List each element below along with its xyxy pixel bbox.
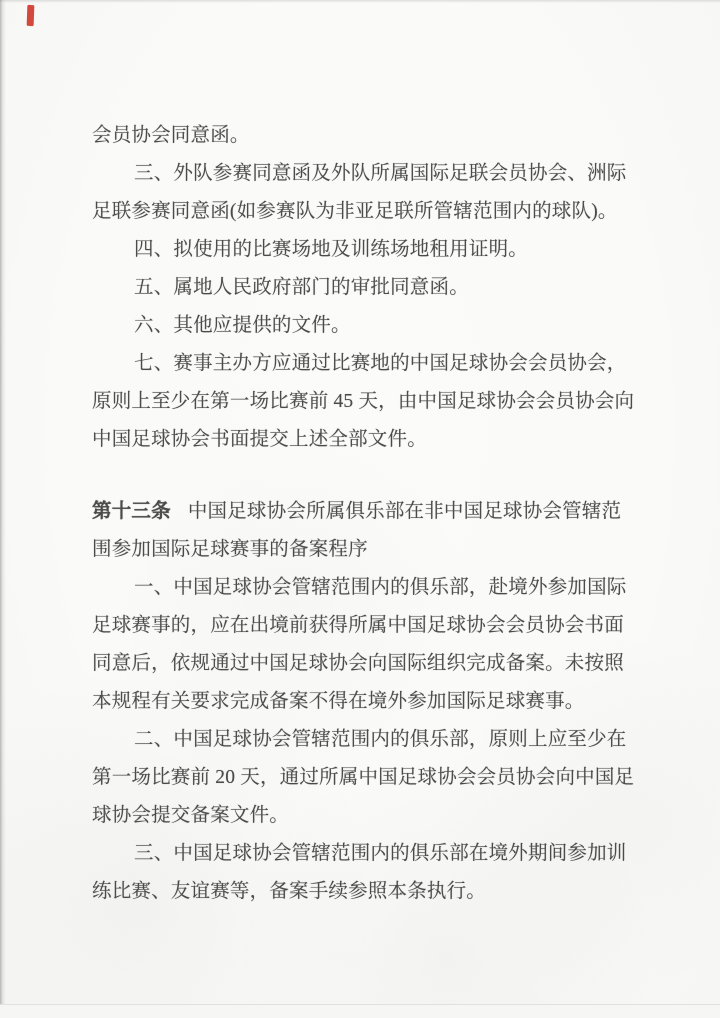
text-line: 练比赛、友谊赛等，备案手续参照本条执行。 — [92, 873, 637, 911]
text-line: 五、属地人民政府部门的审批同意函。 — [92, 269, 637, 307]
text-line: 三、外队参赛同意函及外队所属国际足联会员协会、洲际 — [92, 155, 637, 193]
red-pen-mark — [27, 5, 35, 26]
text-line: 第一场比赛前 20 天，通过所属中国足球协会会员协会向中国足 — [92, 759, 637, 797]
text-line: 中国足球协会书面提交上述全部文件。 — [92, 421, 637, 459]
text-line: 足联参赛同意函(如参赛队为非亚足联所管辖范围内的球队)。 — [92, 193, 637, 231]
article-heading-line: 第十三条中国足球协会所属俱乐部在非中国足球协会管辖范 — [92, 493, 637, 531]
text-line: 同意后，依规通过中国足球协会向国际组织完成备案。未按照 — [92, 645, 637, 683]
text-line: 球协会提交备案文件。 — [92, 797, 637, 835]
scanned-document-page: 会员协会同意函。三、外队参赛同意函及外队所属国际足联会员协会、洲际足联参赛同意函… — [0, 0, 720, 1018]
page-bottom-edge — [0, 1004, 720, 1018]
text-line: 原则上至少在第一场比赛前 45 天，由中国足球协会会员协会向 — [92, 383, 637, 421]
text-line: 七、赛事主办方应通过比赛地的中国足球协会会员协会， — [92, 345, 637, 383]
article-number: 第十三条 — [92, 501, 171, 522]
document-lines: 会员协会同意函。三、外队参赛同意函及外队所属国际足联会员协会、洲际足联参赛同意函… — [92, 117, 637, 911]
text-line: 四、拟使用的比赛场地及训练场地租用证明。 — [92, 231, 637, 269]
text-line: 三、中国足球协会管辖范围内的俱乐部在境外期间参加训 — [92, 835, 637, 873]
page-left-edge — [0, 0, 6, 1018]
text-line: 二、中国足球协会管辖范围内的俱乐部，原则上应至少在 — [92, 721, 637, 759]
article-heading-text: 中国足球协会所属俱乐部在非中国足球协会管辖范 — [188, 501, 621, 522]
page-top-edge — [0, 0, 720, 3]
text-line: 六、其他应提供的文件。 — [92, 307, 637, 345]
text-line: 围参加国际足球赛事的备案程序 — [92, 531, 637, 569]
text-line: 会员协会同意函。 — [92, 117, 637, 155]
text-line: 本规程有关要求完成备案不得在境外参加国际足球赛事。 — [92, 683, 637, 721]
text-line: 一、中国足球协会管辖范围内的俱乐部，赴境外参加国际 — [92, 569, 637, 607]
text-line: 足球赛事的，应在出境前获得所属中国足球协会会员协会书面 — [92, 607, 637, 645]
